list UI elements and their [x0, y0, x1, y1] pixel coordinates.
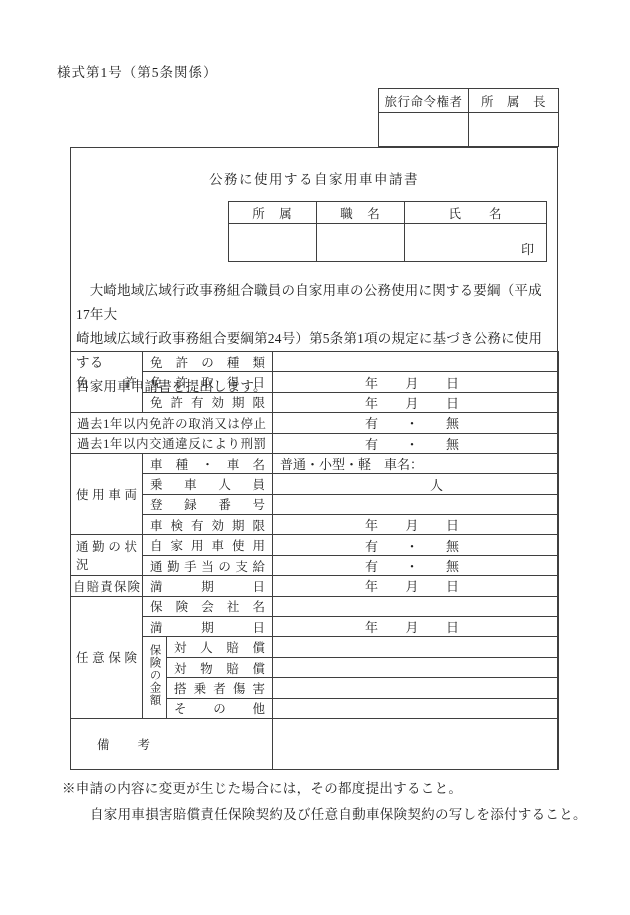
commute-car-use-row: 通勤の状況 自家用車使用 有 ・ 無: [71, 535, 559, 555]
applicant-name-cell: 印: [405, 224, 547, 262]
license-expiry-row: 免許有効期限 年 月 日: [71, 392, 559, 412]
commute-allowance-row: 通勤手当の支給 有 ・ 無: [71, 555, 559, 575]
coverage-personal-row: 保険の金額 対人賠償: [71, 637, 559, 657]
coverage-passenger-value: [273, 678, 559, 698]
commute-allowance-label: 通勤手当の支給: [143, 555, 273, 575]
coverage-personal-label: 対人賠償: [167, 637, 273, 657]
commute-car-use-label: 自家用車使用: [143, 535, 273, 555]
approval-header-travel-authority: 旅行命令権者: [379, 89, 469, 113]
approval-authority-stamp-cell: [379, 113, 469, 147]
traffic-penalty-value: 有 ・ 無: [273, 433, 559, 453]
coverage-property-value: [273, 657, 559, 677]
vehicle-capacity-value: 人: [273, 474, 559, 494]
license-acquired-row: 免許取得日 年 月 日: [71, 372, 559, 392]
license-type-row: 免許 免許の種類: [71, 351, 559, 371]
license-acquired-label: 免許取得日: [143, 372, 273, 392]
traffic-penalty-label: 過去1年以内交通違反により刑罰: [71, 433, 273, 453]
applicant-table: 所 属 職 名 氏 名 印: [228, 201, 547, 262]
applicant-department-cell: [229, 224, 317, 262]
vehicle-model-row: 使用車両 車種・車名 普通・小型・軽 車名：: [71, 453, 559, 473]
commute-allowance-value: 有 ・ 無: [273, 555, 559, 575]
license-expiry-label: 免許有効期限: [143, 392, 273, 412]
vehicle-group-label: 使用車両: [71, 453, 143, 535]
compulsory-insurance-group-label: 自賠責保険: [71, 576, 143, 596]
vehicle-registration-value: [273, 494, 559, 514]
footnote-attachment: 自家用車損害賠償責任保険契約及び任意自動車保険契約の写しを添付すること。: [90, 803, 587, 823]
coverage-other-value: [273, 698, 559, 718]
remarks-value: [273, 719, 559, 770]
coverage-passenger-label: 搭乗者傷害: [167, 678, 273, 698]
vehicle-registration-label: 登録番号: [143, 494, 273, 514]
approval-header-section-chief: 所 属 長: [469, 89, 559, 113]
vehicle-inspection-value: 年 月 日: [273, 515, 559, 535]
vehicle-capacity-label: 乗車人員: [143, 474, 273, 494]
optional-expiry-label: 満期日: [143, 617, 273, 637]
license-revocation-value: 有 ・ 無: [273, 413, 559, 433]
document-title: 公務に使用する自家用車申請書: [71, 168, 557, 188]
vehicle-inspection-label: 車検有効期限: [143, 515, 273, 535]
approval-chief-stamp-cell: [469, 113, 559, 147]
coverage-property-label: 対物賠償: [167, 657, 273, 677]
coverage-personal-value: [273, 637, 559, 657]
optional-insurance-group-label: 任意保険: [71, 596, 143, 718]
vehicle-registration-row: 登録番号: [71, 494, 559, 514]
vehicle-capacity-row: 乗車人員 人: [71, 474, 559, 494]
applicant-header-name: 氏 名: [405, 202, 547, 224]
compulsory-insurance-row: 自賠責保険 満期日 年 月 日: [71, 576, 559, 596]
traffic-penalty-row: 過去1年以内交通違反により刑罰 有 ・ 無: [71, 433, 559, 453]
main-form-box: 公務に使用する自家用車申請書 所 属 職 名 氏 名 印 大崎地域広域行政事務組…: [70, 147, 558, 770]
applicant-header-position: 職 名: [317, 202, 405, 224]
license-type-label: 免許の種類: [143, 351, 273, 371]
license-group-label: 免許: [71, 351, 143, 412]
remarks-row: 備考: [71, 719, 559, 770]
vehicle-inspection-row: 車検有効期限 年 月 日: [71, 515, 559, 535]
commute-group-label: 通勤の状況: [71, 535, 143, 576]
applicant-position-cell: [317, 224, 405, 262]
remarks-label: 備考: [71, 719, 273, 770]
seal-mark: 印: [521, 239, 534, 258]
coverage-amount-group-label: 保険の金額: [143, 637, 167, 719]
compulsory-expiry-value: 年 月 日: [273, 576, 559, 596]
commute-car-use-value: 有 ・ 無: [273, 535, 559, 555]
approval-stamp-table: 旅行命令権者 所 属 長: [378, 88, 559, 147]
coverage-other-label: その他: [167, 698, 273, 718]
vehicle-model-label: 車種・車名: [143, 453, 273, 473]
license-revocation-row: 過去1年以内免許の取消又は停止 有 ・ 無: [71, 413, 559, 433]
license-acquired-value: 年 月 日: [273, 372, 559, 392]
application-form-page: 様式第1号（第5条関係） 旅行命令権者 所 属 長 公務に使用する自家用車申請書…: [0, 0, 630, 915]
form-number-label: 様式第1号（第5条関係）: [57, 61, 218, 81]
optional-company-row: 任意保険 保険会社名: [71, 596, 559, 616]
license-expiry-value: 年 月 日: [273, 392, 559, 412]
footnote-resubmission: ※申請の内容に変更が生じた場合には，その都度提出すること。: [62, 777, 462, 797]
compulsory-expiry-label: 満期日: [143, 576, 273, 596]
license-type-value: [273, 351, 559, 371]
application-details-table: 免許 免許の種類 免許取得日 年 月 日 免許有効期限 年 月 日 過去1年以内…: [70, 351, 559, 770]
optional-expiry-value: 年 月 日: [273, 617, 559, 637]
optional-expiry-row: 満期日 年 月 日: [71, 617, 559, 637]
optional-company-label: 保険会社名: [143, 596, 273, 616]
applicant-header-department: 所 属: [229, 202, 317, 224]
optional-company-value: [273, 596, 559, 616]
vehicle-model-value: 普通・小型・軽 車名：: [273, 453, 559, 473]
license-revocation-label: 過去1年以内免許の取消又は停止: [71, 413, 273, 433]
